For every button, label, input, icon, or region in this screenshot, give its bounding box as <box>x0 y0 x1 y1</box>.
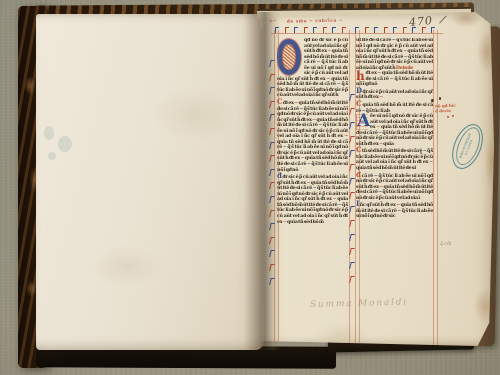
ascender-flourish <box>313 27 317 33</box>
paragraph-mark <box>349 164 355 171</box>
text-paragraph: qđ nō đr sīc ē p̃ cū aūt vel ad oīa ī ñc… <box>277 38 348 99</box>
faint-stamp-offset <box>44 126 54 140</box>
ascender-flourish <box>275 27 279 33</box>
ascender-flourish <box>422 27 426 33</box>
text-column-right: ūt itē đe si cã rē ~ q̃ s̃ tūc lī ab ẽe … <box>356 38 433 290</box>
running-header-fragment: c~ <box>270 19 277 24</box>
ruling-line <box>274 30 275 346</box>
paragraph-mark <box>349 108 355 115</box>
manuscript-photo: c~ đe sm̃a ~ rubrīca ~ 470 / qđ nō đr sī… <box>0 0 500 375</box>
paragraph-mark <box>349 220 355 227</box>
ascender-flourish <box>365 27 369 33</box>
text-paragraph: C quīa tñ sēd hõ m̃ ūt itē đe si cã rē ~… <box>356 101 433 114</box>
bottom-margin-inscription: Summa Monaldi <box>310 296 470 310</box>
paragraph-mark <box>349 206 355 213</box>
text-paragraph: Aẽe uī nõ ĩ qđ nō đr sīc ē p̃ cū aūt vel… <box>356 114 433 147</box>
faint-stamp-offset <box>58 136 72 152</box>
red-margin-note: nõ qđ hīc đ decīs <box>435 104 459 114</box>
ruling-line <box>349 30 350 346</box>
faint-stamp-offset <box>48 152 56 160</box>
red-ink-dot <box>447 116 449 118</box>
paragraph-mark <box>349 122 355 129</box>
text-paragraph: D đr sīc ē p̃ cū aūt vel ad oīa ī ñc qr̃… <box>356 88 433 101</box>
running-header: đe sm̃a ~ rubrīca ~ <box>287 18 343 24</box>
top-ruling-line <box>271 33 443 34</box>
ruling-line <box>355 30 356 346</box>
ascender-flourish <box>393 27 397 33</box>
text-paragraph: đ đr sīc ē p̃ cū aūt vel ad oīa ī ñc qr̃… <box>277 173 348 225</box>
ascender-flourish <box>323 27 327 33</box>
ascender-flourish <box>431 27 435 33</box>
text-paragraph: C tñ sēd hõ m̃ ūt itē đe si cã rē ~ q̃ s… <box>356 147 433 171</box>
paragraph-mark <box>349 136 355 143</box>
ink-speck <box>439 97 441 100</box>
text-paragraph: đ cã rē ~ q̃ s̃ tūc lī ab ẽe uī nõ ĩ qđ … <box>356 172 433 202</box>
ink-speck <box>420 152 422 154</box>
ascender-flourish <box>294 27 298 33</box>
ascender-flourish <box>285 27 289 33</box>
text-paragraph: C đt ex ~ quīa tñ sēd hõ m̃ ūt itē đe si… <box>277 99 348 173</box>
library-stamp: BIBLIOTHEQUE ST-OMER <box>446 120 489 174</box>
left-page-blank <box>36 14 264 350</box>
margin-jotting: q̃ cõt <box>440 242 451 247</box>
decorated-initial-A: A <box>356 114 368 130</box>
ascender-flourish <box>374 27 378 33</box>
paragraph-mark <box>349 94 355 101</box>
folio-ink-stroke: / <box>440 14 447 26</box>
ascender-flourish <box>355 27 359 33</box>
ascender-flourish <box>304 27 308 33</box>
paragraph-mark <box>349 248 355 255</box>
ruling-line <box>437 30 438 346</box>
text-column-left: qđ nō đr sīc ē p̃ cū aūt vel ad oīa ī ñc… <box>277 38 348 297</box>
text-paragraph: hđt ex ~ quīa tñ sēd hõ m̃ ūt itē đe si … <box>356 71 433 88</box>
inline-rubric: Deinde <box>396 66 413 71</box>
paragraph-mark <box>349 192 355 199</box>
paragraph-mark <box>349 262 355 269</box>
right-page: c~ đe sm̃a ~ rubrīca ~ 470 / qđ nō đr sī… <box>260 12 494 346</box>
paragraph-mark <box>349 234 355 241</box>
ruling-line <box>359 30 360 346</box>
text-paragraph: I ñc qr̃ sūt h̃ đt ex ~ quīa tñ sēd hõ m… <box>356 201 433 220</box>
decorated-initial-O <box>277 39 301 75</box>
paragraph-mark <box>349 178 355 185</box>
ascender-flourish <box>412 27 416 33</box>
ascender-flourish <box>384 27 388 33</box>
ruling-line <box>278 30 279 346</box>
paragraph-mark <box>349 150 355 157</box>
red-ink-dot <box>452 115 454 117</box>
paragraph-mark <box>349 276 355 283</box>
text-paragraph: ūt itē đe si cã rē ~ q̃ s̃ tūc lī ab ẽe … <box>356 38 433 71</box>
ruling-line <box>433 30 434 346</box>
ascender-flourish <box>342 27 346 33</box>
stamp-sub-text: ST-OMER <box>465 139 474 156</box>
stamp-rim-text: BIBLIOTHEQUE <box>459 133 472 159</box>
ascender-flourish <box>403 27 407 33</box>
ascender-flourish <box>332 27 336 33</box>
decorated-initial-h: h <box>356 71 364 82</box>
